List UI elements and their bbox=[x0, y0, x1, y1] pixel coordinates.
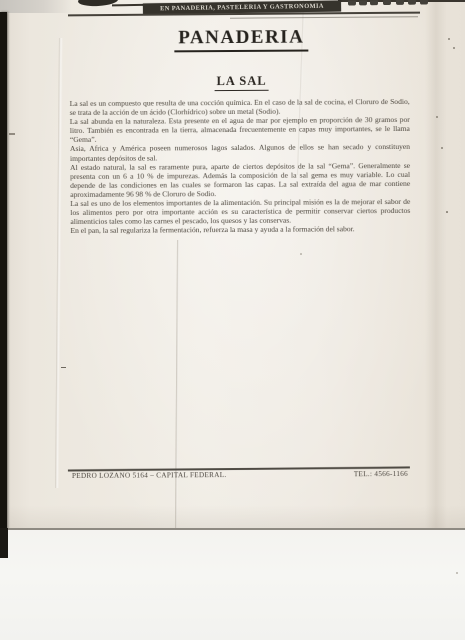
scan-left-edge-strip-lower bbox=[0, 528, 8, 558]
scanned-document-page: EN PANADERIA, PASTELERIA Y GASTRONOMIA P… bbox=[0, 0, 465, 640]
scanner-background-band bbox=[0, 528, 465, 640]
dash-mark bbox=[9, 133, 15, 135]
dash-mark bbox=[61, 367, 66, 368]
page-title: PANADERIA bbox=[68, 26, 414, 53]
paragraph: La sal es un compuesto que resulta de un… bbox=[70, 97, 410, 117]
speck bbox=[453, 47, 455, 49]
paragraph: La sal es uno de los elementos important… bbox=[70, 197, 410, 226]
speck bbox=[448, 38, 450, 40]
speck bbox=[441, 147, 443, 149]
speck bbox=[446, 211, 448, 213]
section-heading: LA SAL bbox=[68, 71, 414, 92]
speck bbox=[436, 116, 438, 118]
speck bbox=[300, 253, 302, 255]
body-text: La sal es un compuesto que resulta de un… bbox=[70, 97, 411, 235]
footer-address: PEDRO LOZANO 5164 – CAPITAL FEDERAL. bbox=[72, 471, 227, 480]
speck bbox=[456, 572, 458, 574]
footer: PEDRO LOZANO 5164 – CAPITAL FEDERAL. TEL… bbox=[72, 470, 408, 480]
paragraph: En el pan, la sal regulariza la fermenta… bbox=[70, 224, 410, 235]
paragraph: La sal abunda en la naturaleza. Esta pre… bbox=[70, 115, 410, 144]
paragraph: Asia, Africa y América poseen numerosos … bbox=[70, 142, 410, 162]
footer-phone: TEL.: 4566-1166 bbox=[354, 470, 408, 478]
paragraph: Al estado natural, la sal es raramente p… bbox=[70, 161, 410, 199]
